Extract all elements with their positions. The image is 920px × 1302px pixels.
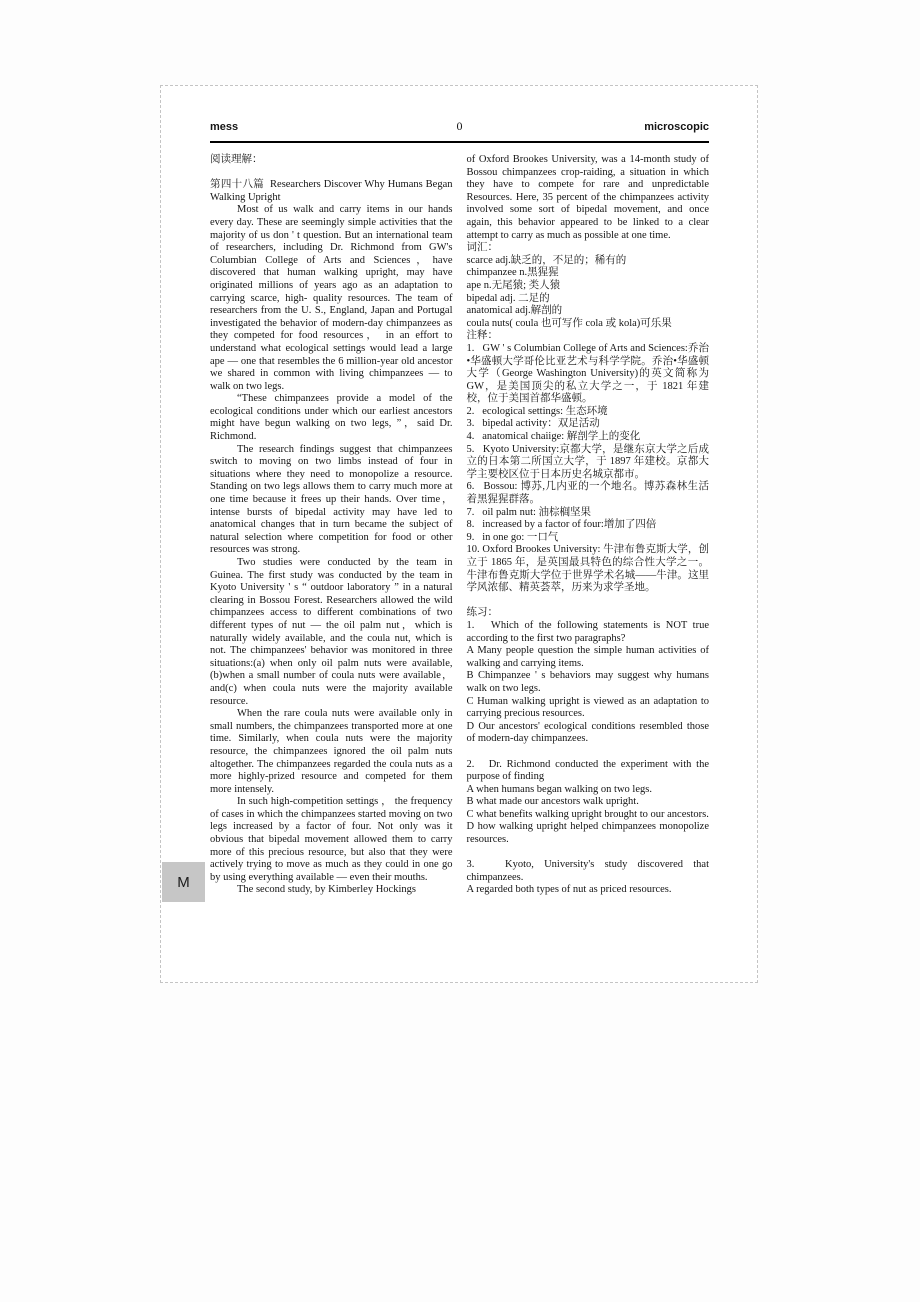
- passage-paragraph: The research findings suggest that chimp…: [210, 444, 453, 557]
- exercises-heading: 练习：: [467, 607, 710, 620]
- answer-option: C Human walking upright is viewed as an …: [467, 696, 710, 721]
- left-column: 阅读理解： 第四十八篇 Researchers Discover Why Hum…: [210, 154, 453, 897]
- answer-option: A Many people question the simple human …: [467, 645, 710, 670]
- question-stem: 1. Which of the following statements is …: [467, 620, 710, 645]
- header-rule: [210, 141, 709, 143]
- page-header: mess 0 microscopic: [210, 119, 709, 137]
- note-item: 1. GW ' s Columbian College of Arts and …: [467, 343, 710, 406]
- answer-option: D Our ancestors' ecological conditions r…: [467, 721, 710, 746]
- right-column: of Oxford Brookes University, was a 14-m…: [467, 154, 710, 897]
- spacer: [467, 847, 710, 860]
- note-item: 10. Oxford Brookes University: 牛津布鲁克斯大学，…: [467, 544, 710, 594]
- note-item: 5. Kyoto University:京都大学，是继东京大学之后成立的日本第二…: [467, 444, 710, 482]
- answer-option: B what made our ancestors walk upright.: [467, 796, 710, 809]
- answer-option: A when humans began walking on two legs.: [467, 784, 710, 797]
- passage-paragraph: When the rare coula nuts were available …: [210, 708, 453, 796]
- answer-option: B Chimpanzee ' s behaviors may suggest w…: [467, 670, 710, 695]
- note-item: 8. increased by a factor of four:增加了四倍: [467, 519, 710, 532]
- passage-paragraph: In such high-competition settings ， the …: [210, 796, 453, 884]
- question-stem: 2. Dr. Richmond conducted the experiment…: [467, 759, 710, 784]
- passage-paragraph: The second study, by Kimberley Hockings: [210, 884, 453, 897]
- note-item: 3. bipedal activity：双足活动: [467, 418, 710, 431]
- spacer: [467, 746, 710, 759]
- answer-option: A regarded both types of nut as priced r…: [467, 884, 710, 897]
- passage-paragraph: “These chimpanzees provide a model of th…: [210, 393, 453, 443]
- question-2: 2. Dr. Richmond conducted the experiment…: [467, 759, 710, 847]
- vocab-item: anatomical adj.解剖的: [467, 305, 710, 318]
- header-left-text: mess: [210, 121, 440, 133]
- question-1: 1. Which of the following statements is …: [467, 620, 710, 746]
- margin-tab-m: M: [162, 862, 205, 902]
- two-column-body: 阅读理解： 第四十八篇 Researchers Discover Why Hum…: [210, 154, 709, 897]
- header-right-text: microscopic: [480, 121, 710, 133]
- page-number: 0: [440, 119, 480, 134]
- document-page: mess 0 microscopic 阅读理解： 第四十八篇 Researche…: [160, 85, 758, 983]
- note-item: 9. in one go: 一口气: [467, 532, 710, 545]
- notes-heading: 注释：: [467, 330, 710, 343]
- question-3: 3. Kyoto, University's study discovered …: [467, 859, 710, 897]
- question-stem: 3. Kyoto, University's study discovered …: [467, 859, 710, 884]
- passage-paragraph: Two studies were conducted by the team i…: [210, 557, 453, 708]
- note-item: 7. oil palm nut: 油棕榈坚果: [467, 507, 710, 520]
- answer-option: D how walking upright helped chimpanzees…: [467, 821, 710, 846]
- vocab-item: ape n.无尾猿; 类人猿: [467, 280, 710, 293]
- passage-paragraph: Most of us walk and carry items in our h…: [210, 204, 453, 393]
- note-item: 2. ecological settings: 生态环境: [467, 406, 710, 419]
- continuation-paragraph: of Oxford Brookes University, was a 14-m…: [467, 154, 710, 242]
- vocab-heading: 词汇：: [467, 242, 710, 255]
- vocab-item: bipedal adj. 二足的: [467, 293, 710, 306]
- answer-option: C what benefits walking upright brought …: [467, 809, 710, 822]
- spacer: [467, 595, 710, 608]
- spacer: [210, 167, 453, 180]
- vocab-item: coula nuts( coula 也可写作 cola 或 kola)可乐果: [467, 318, 710, 331]
- passage-title: 第四十八篇 Researchers Discover Why Humans Be…: [210, 179, 453, 204]
- vocab-item: chimpanzee n.黑猩猩: [467, 267, 710, 280]
- reading-section-label: 阅读理解：: [210, 154, 453, 167]
- note-item: 6. Bossou: 博苏,几内亚的一个地名。博苏森林生活着黑猩猩群落。: [467, 481, 710, 506]
- vocab-item: scarce adj.缺乏的，不足的；稀有的: [467, 255, 710, 268]
- note-item: 4. anatomical chaiige: 解剖学上的变化: [467, 431, 710, 444]
